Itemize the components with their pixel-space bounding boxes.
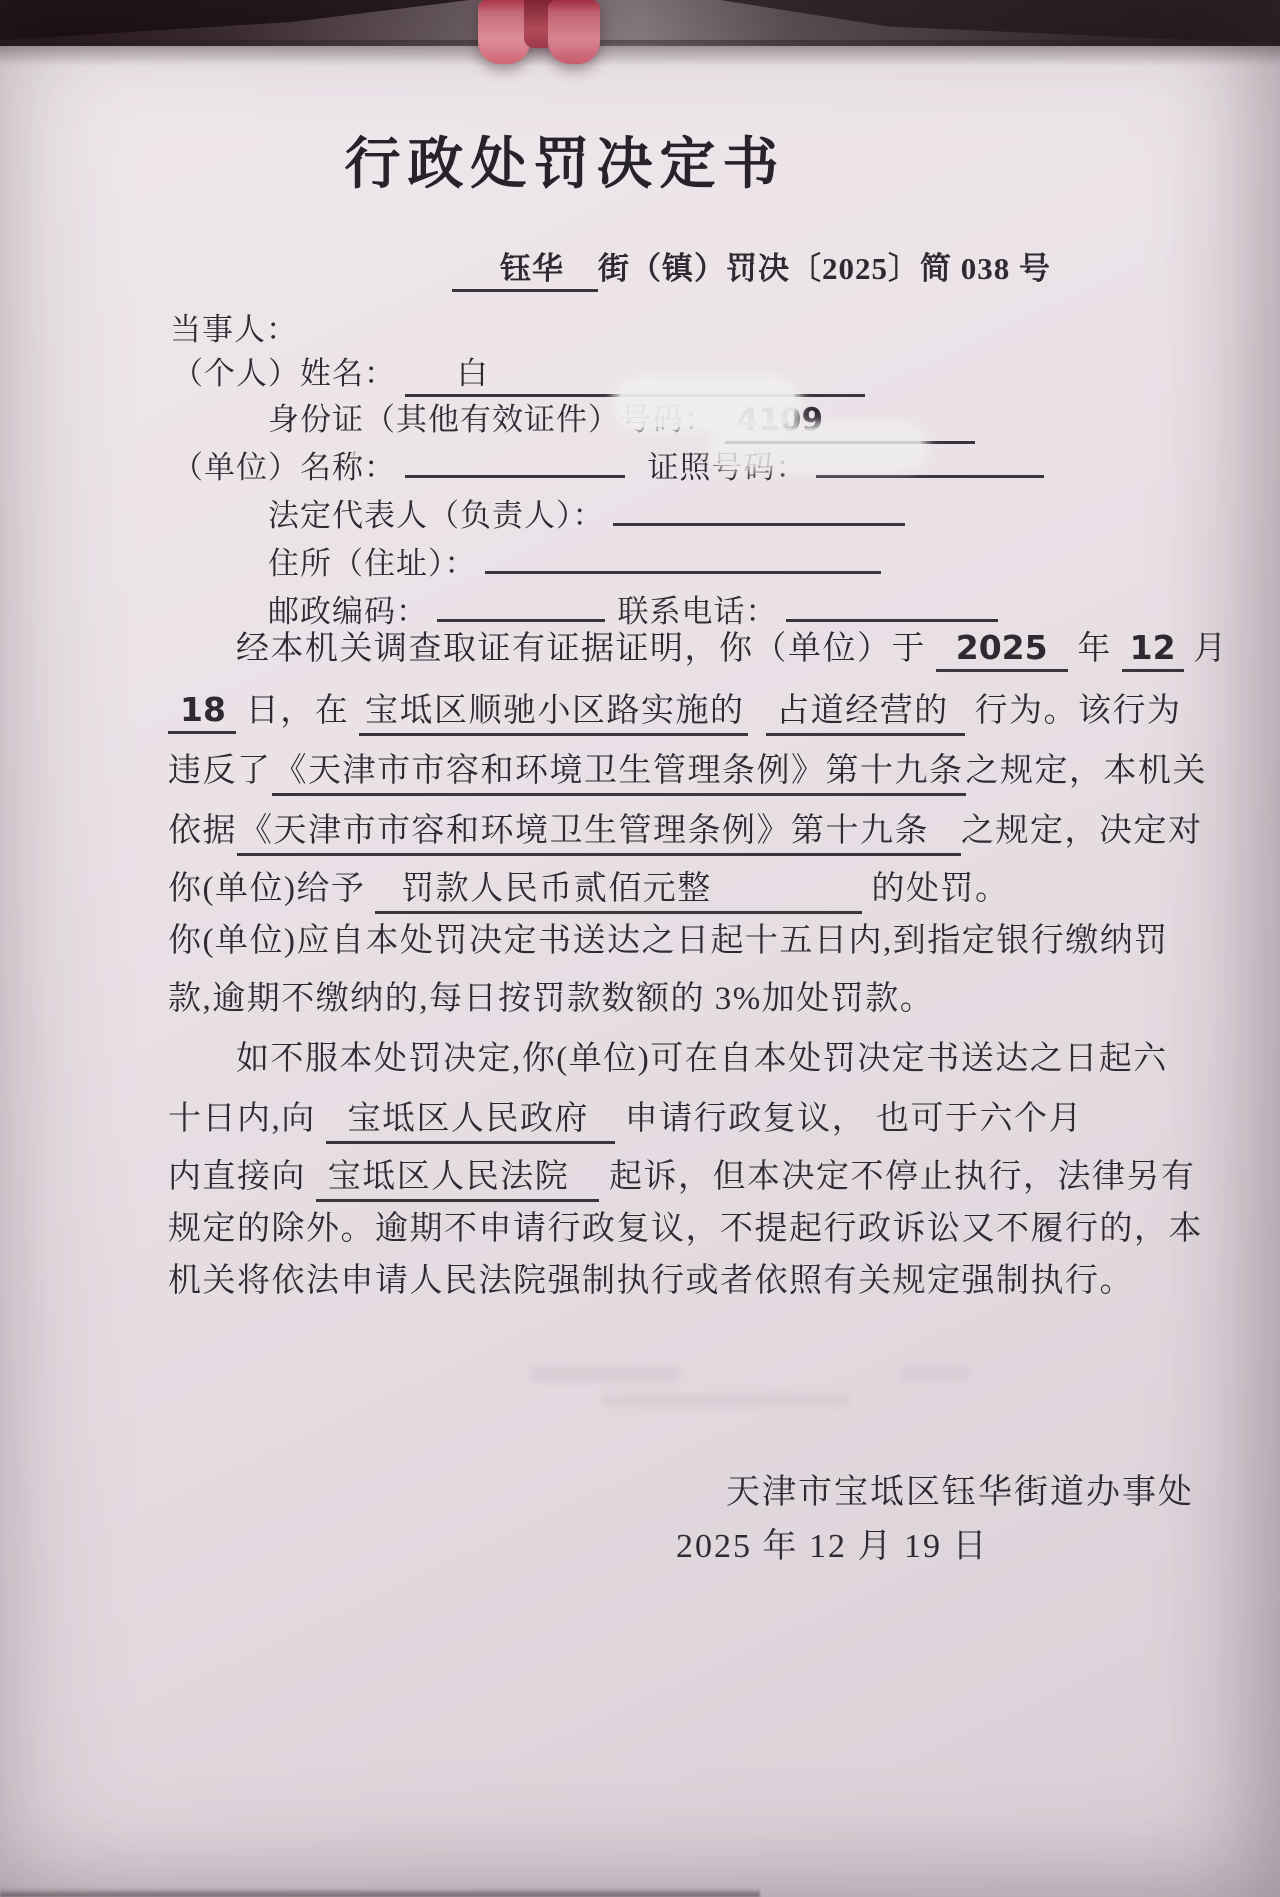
body-5-text-a: 你(单位)给予 [168,871,365,907]
fill-penalty: 罚款人民币贰佰元整 [375,871,862,914]
fill-act: 占道经营的 [766,693,965,736]
body-line-7: 款,逾期不缴纳的,每日按罚款数额的 3%加处罚款。 [168,972,934,1019]
body-2-text-b: 行为。该行为 [974,693,1181,729]
address-blank [485,540,881,574]
legal-rep-label: 法定代表人（负责人）： [268,498,605,533]
fill-review-org: 宝坻区人民政府 [326,1101,616,1144]
document-title: 行政处罚决定书 [0,120,1130,200]
body-line-5: 你(单位)给予 罚款人民币贰佰元整 的处罚。 [168,862,1009,914]
body-1-text: 经本机关调查取证有证据证明，你（单位）于 [236,631,926,667]
body-line-9: 十日内,向 宝坻区人民政府 申请行政复议， 也可于六个月 [168,1092,1083,1144]
body-line-11: 规定的除外。逾期不申请行政复议，不提起行政诉讼又不履行的，本 [168,1202,1203,1249]
body-9-text-a: 十日内,向 [168,1101,316,1137]
unit-name-blank [405,444,625,478]
body-2-text-a: 日，在 [246,693,350,729]
binder-clip [478,0,600,64]
address-line: 住所（住址）： [268,538,881,583]
issue-date: 2025 年 12 月 19 日 [676,1518,989,1567]
fill-day: 18 [168,691,236,734]
doc-number-rest: 街（镇）罚决〔2025〕简 038 号 [598,251,1051,286]
unit-name-label: （单位）名称： [172,450,396,485]
body-line-4: 依据《天津市市容和环境卫生管理条例》第十九条之规定，决定对 [168,804,1203,856]
body-line-3: 违反了《天津市市容和环境卫生管理条例》第十九条之规定，本机关 [168,744,1207,796]
document-photo: 行政处罚决定书 钰华街（镇）罚决〔2025〕简 038 号 当事人： （个人）姓… [0,0,1280,1897]
paper-top-shadow [0,40,1280,66]
phone-blank [786,588,998,622]
fill-year: 2025 [936,629,1068,672]
postal-blank [437,588,605,622]
fill-law-2: 《天津市市容和环境卫生管理条例》第十九条 [237,813,961,856]
legal-rep-blank [613,492,905,526]
issuer-name: 天津市宝坻区钰华街道办事处 [726,1464,1194,1513]
body-4-text-a: 依据 [168,813,237,849]
body-3-text-b: 之规定，本机关 [966,753,1208,789]
body-10-text-b: 起诉，但本决定不停止执行，法律另有 [609,1159,1196,1195]
address-label: 住所（住址）： [268,546,477,581]
binder-clip-right-prong [548,0,600,64]
fill-court: 宝坻区人民法院 [316,1159,600,1202]
body-line-1: 经本机关调查取证有证据证明，你（单位）于 2025 年 12 月 [236,622,1228,672]
erased-text-smudge [600,1394,850,1407]
body-3-text-a: 违反了 [168,753,272,789]
doc-number: 钰华街（镇）罚决〔2025〕简 038 号 [452,243,1051,292]
body-4-text-b: 之规定，决定对 [961,813,1203,849]
body-5-text-b: 的处罚。 [871,871,1009,907]
fill-place: 宝坻区顺驰小区路实施的 [359,693,749,736]
fill-month: 12 [1122,629,1184,672]
doc-number-fill: 钰华 [452,251,598,292]
fill-law-1: 《天津市市容和环境卫生管理条例》第十九条 [272,753,966,796]
photo-bottom-edge [0,1888,760,1897]
name-redaction-blur [618,381,796,427]
erased-text-smudge [530,1366,680,1382]
erased-text-smudge [900,1366,970,1381]
binder-clip-left-prong [478,0,530,64]
body-line-8: 如不服本处罚决定,你(单位)可在自本处罚决定书送达之日起六 [236,1032,1168,1079]
party-label: 当事人： [170,304,298,349]
body-line-6: 你(单位)应自本处罚决定书送达之日起十五日内,到指定银行缴纳罚 [168,914,1169,961]
body-line-2: 18 日，在 宝坻区顺驰小区路实施的 占道经营的 行为。该行为 [168,684,1181,736]
unit-name-faint-mark: ʹ [352,446,357,472]
body-line-10: 内直接向 宝坻区人民法院 起诉，但本决定不停止执行，法律另有 [168,1150,1196,1202]
body-1-month-char: 月 [1193,631,1228,667]
legal-rep-line: 法定代表人（负责人）： [268,490,905,535]
body-line-12: 机关将依法申请人民法院强制执行或者依照有关规定强制执行。 [168,1254,1134,1301]
body-1-year-char: 年 [1077,631,1112,667]
id-redaction-blur [712,428,922,466]
body-10-text-a: 内直接向 [168,1159,306,1195]
person-name-label: （个人）姓名： [172,356,396,391]
body-9-text-b: 申请行政复议， 也可于六个月 [625,1101,1083,1137]
